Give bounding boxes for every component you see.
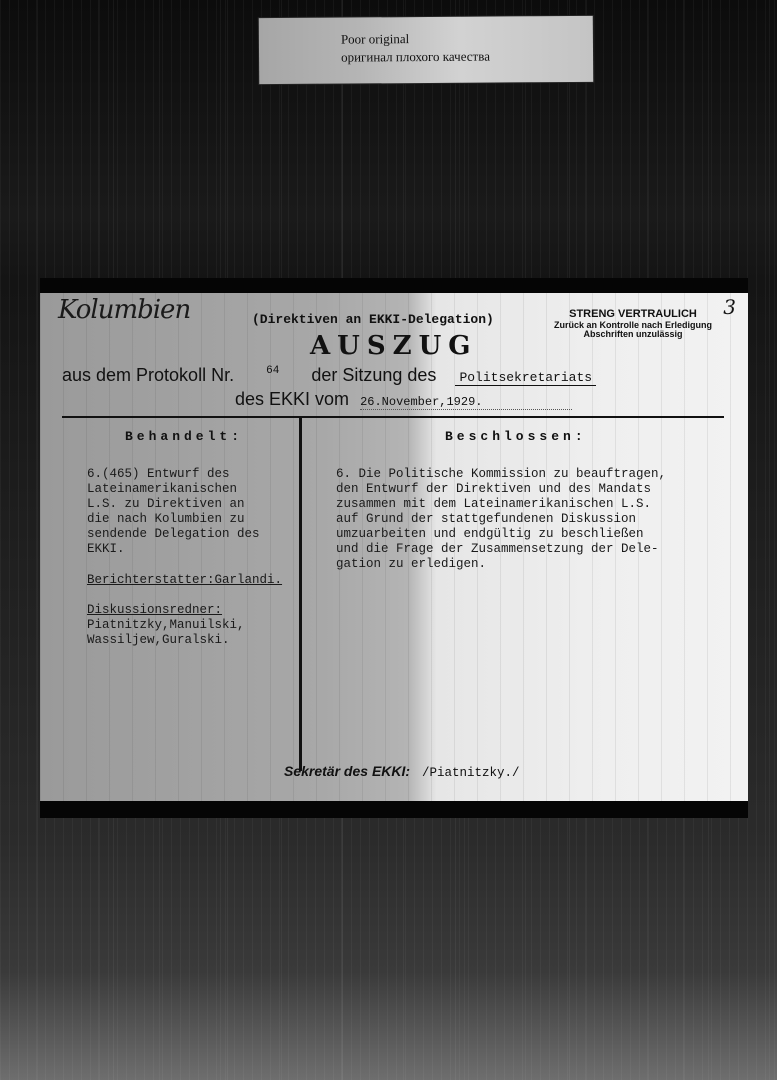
signature-line: Sekretär des EKKI: /Piatnitzky./ bbox=[284, 763, 519, 780]
protocol-prefix: aus dem Protokoll Nr. bbox=[62, 365, 234, 385]
document-title: AUSZUG bbox=[310, 331, 477, 361]
agenda-item-text: 6.(465) Entwurf des Lateinamerikanischen… bbox=[87, 467, 260, 557]
reporter-line: Berichterstatter:Garlandi. bbox=[87, 573, 282, 588]
document-subtitle: (Direktiven an EKKI-Delegation) bbox=[252, 312, 494, 327]
confidentiality-line-1: STRENG VERTRAULICH bbox=[538, 309, 728, 321]
protocol-middle: der Sitzung des bbox=[311, 365, 436, 385]
date-line: des EKKI vom 26.November,1929. bbox=[235, 389, 572, 410]
meeting-date: 26.November,1929. bbox=[360, 395, 572, 410]
header-divider bbox=[62, 416, 724, 418]
signatory-name: /Piatnitzky./ bbox=[422, 766, 520, 780]
quality-note-russian: оригинал плохого качества bbox=[341, 49, 490, 66]
column-divider bbox=[299, 416, 302, 771]
reporter-name: Garlandi. bbox=[215, 573, 283, 587]
signature-label: Sekretär des EKKI: bbox=[284, 763, 410, 779]
archive-quality-label: Poor original оригинал плохого качества bbox=[259, 16, 593, 84]
column-header-resolved: Beschlossen: bbox=[445, 429, 587, 444]
protocol-number: 64 bbox=[266, 365, 279, 377]
confidentiality-line-3: Abschriften unzulässig bbox=[538, 330, 728, 339]
handwritten-country-note: Kolumbien bbox=[58, 295, 190, 325]
date-prefix: des EKKI vom bbox=[235, 389, 349, 409]
resolution-text: 6. Die Politische Kommission zu beauftra… bbox=[336, 467, 666, 572]
column-header-treated: Behandelt: bbox=[125, 429, 243, 444]
quality-note-english: Poor original bbox=[341, 31, 409, 47]
reporter-label: Berichterstatter: bbox=[87, 573, 215, 587]
discussion-speakers: Piatnitzky,Manuilski, Wassiljew,Guralski… bbox=[87, 618, 245, 648]
protocol-extract-document: Kolumbien (Direktiven an EKKI-Delegation… bbox=[40, 293, 748, 801]
confidentiality-stamp: STRENG VERTRAULICH Zurück an Kontrolle n… bbox=[538, 309, 728, 339]
protocol-line: aus dem Protokoll Nr. 64 der Sitzung des… bbox=[62, 365, 596, 386]
discussion-label: Diskussionsredner: bbox=[87, 603, 222, 618]
page-number: 3 bbox=[723, 295, 736, 319]
protocol-body: Politsekretariats bbox=[455, 370, 596, 386]
